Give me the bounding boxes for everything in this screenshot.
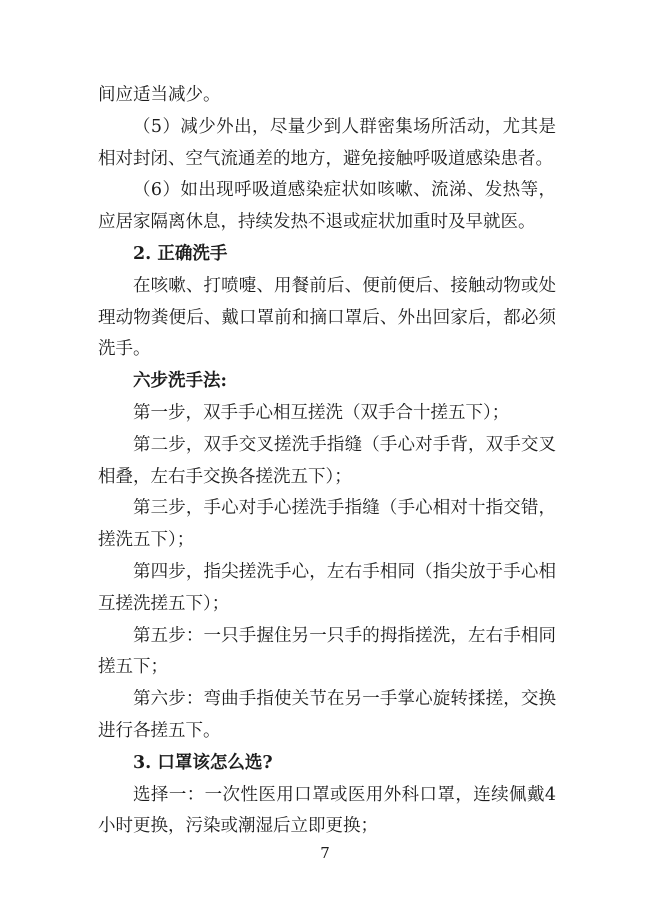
section-heading-correct-handwashing: 2. 正确洗手 (98, 239, 556, 271)
paragraph: 在咳嗽、打喷嚏、用餐前后、便前便后、接触动物或处理动物粪便后、戴口罩前和摘口罩后… (98, 271, 556, 366)
paragraph-step-6: 第六步：弯曲手指使关节在另一手掌心旋转揉搓，交换进行各搓五下。 (98, 684, 556, 748)
paragraph-step-4: 第四步，指尖搓洗手心，左右手相同（指尖放于手心相互搓洗搓五下）； (98, 557, 556, 621)
paragraph-step-2: 第二步，双手交叉搓洗手指缝（手心对手背，双手交叉相叠，左右手交换各搓洗五下）； (98, 430, 556, 494)
section-heading-six-step-method: 六步洗手法: (98, 366, 556, 398)
paragraph: （6）如出现呼吸道感染症状如咳嗽、流涕、发热等，应居家隔离休息，持续发热不退或症… (98, 175, 556, 239)
page-number-label: 7 (0, 843, 650, 863)
paragraph: （5）减少外出，尽量少到人群密集场所活动，尤其是相对封闭、空气流通差的地方，避免… (98, 112, 556, 176)
paragraph-continued: 间应适当减少。 (98, 80, 556, 112)
paragraph-step-1: 第一步，双手手心相互搓洗（双手合十搓五下）； (98, 398, 556, 430)
document-page: 间应适当减少。 （5）减少外出，尽量少到人群密集场所活动，尤其是相对封闭、空气流… (0, 0, 650, 919)
section-heading-mask-selection: 3. 口罩该怎么选? (98, 748, 556, 780)
paragraph-mask-option-1: 选择一：一次性医用口罩或医用外科口罩，连续佩戴4小时更换，污染或潮湿后立即更换； (98, 780, 556, 844)
paragraph-step-3: 第三步，手心对手心搓洗手指缝（手心相对十指交错，搓洗五下）； (98, 493, 556, 557)
paragraph-step-5: 第五步：一只手握住另一只手的拇指搓洗，左右手相同搓五下； (98, 621, 556, 685)
page-body-text: 间应适当减少。 （5）减少外出，尽量少到人群密集场所活动，尤其是相对封闭、空气流… (98, 80, 556, 843)
